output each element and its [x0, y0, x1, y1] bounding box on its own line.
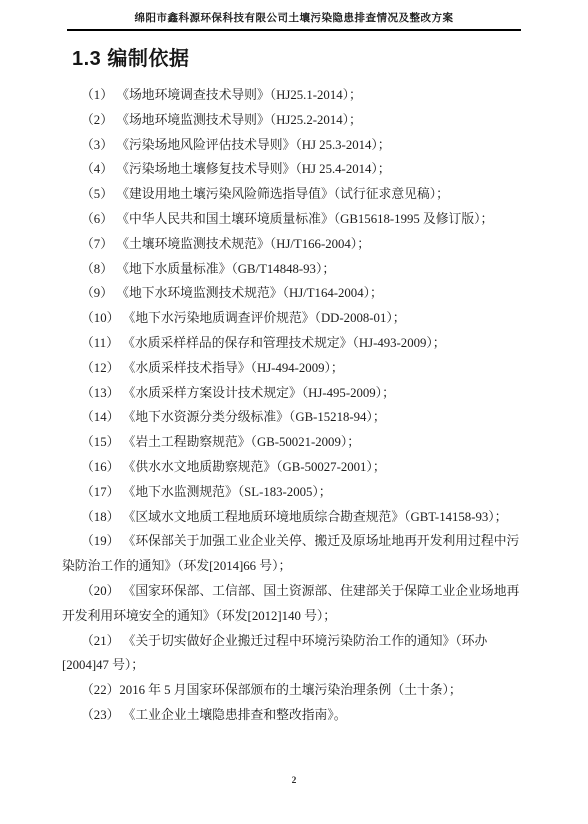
- reference-item-8: （8） 《地下水质量标准》（GB/T14848-93）；: [62, 257, 528, 282]
- header-title: 绵阳市鑫科源环保科技有限公司土壤污染隐患排查情况及整改方案: [67, 12, 521, 25]
- reference-list: （1） 《场地环境调查技术导则》（HJ25.1-2014）； （2） 《场地环境…: [62, 83, 528, 728]
- reference-item-18: （18） 《区域水文地质工程地质环境地质综合勘查规范》（GBT-14158-93…: [62, 505, 528, 530]
- reference-item-15: （15） 《岩土工程勘察规范》（GB-50021-2009）；: [62, 430, 528, 455]
- reference-item-9: （9） 《地下水环境监测技术规范》（HJ/T164-2004）；: [62, 281, 528, 306]
- reference-item-13: （13） 《水质采样方案设计技术规定》（HJ-495-2009）；: [62, 381, 528, 406]
- reference-item-3: （3） 《污染场地风险评估技术导则》（HJ 25.3-2014）；: [62, 133, 528, 158]
- page-number: 2: [0, 776, 588, 786]
- reference-item-7: （7） 《土壤环境监测技术规范》（HJ/T166-2004）；: [62, 232, 528, 257]
- reference-item-6: （6） 《中华人民共和国土壤环境质量标准》（GB15618-1995 及修订版）…: [62, 207, 528, 232]
- reference-item-21: （21） 《关于切实做好企业搬迁过程中环境污染防治工作的通知》（环办[2004]…: [62, 629, 528, 679]
- reference-item-23: （23） 《工业企业土壤隐患排查和整改指南》。: [62, 703, 528, 728]
- reference-item-12: （12） 《水质采样技术指导》（HJ-494-2009）；: [62, 356, 528, 381]
- reference-item-14: （14） 《地下水资源分类分级标准》（GB-15218-94）；: [62, 405, 528, 430]
- reference-item-1: （1） 《场地环境调查技术导则》（HJ25.1-2014）；: [62, 83, 528, 108]
- reference-item-16: （16） 《供水水文地质勘察规范》（GB-50027-2001）；: [62, 455, 528, 480]
- reference-item-2: （2） 《场地环境监测技术导则》（HJ25.2-2014）；: [62, 108, 528, 133]
- reference-item-10: （10） 《地下水污染地质调查评价规范》（DD-2008-01）；: [62, 306, 528, 331]
- reference-item-17: （17） 《地下水监测规范》（SL-183-2005）；: [62, 480, 528, 505]
- page-header: 绵阳市鑫科源环保科技有限公司土壤污染隐患排查情况及整改方案: [67, 0, 521, 31]
- reference-item-19: （19） 《环保部关于加强工业企业关停、搬迁及原场址地再开发利用过程中污染防治工…: [62, 529, 528, 579]
- reference-item-11: （11） 《水质采样样品的保存和管理技术规定》（HJ-493-2009）；: [62, 331, 528, 356]
- reference-item-20: （20） 《国家环保部、工信部、国土资源部、住建部关于保障工业企业场地再开发利用…: [62, 579, 528, 629]
- reference-item-5: （5） 《建设用地土壤污染风险筛选指导值》（试行征求意见稿）；: [62, 182, 528, 207]
- reference-item-4: （4） 《污染场地土壤修复技术导则》（HJ 25.4-2014）；: [62, 157, 528, 182]
- section-title: 1.3 编制依据: [72, 42, 189, 71]
- document-page: 绵阳市鑫科源环保科技有限公司土壤污染隐患排查情况及整改方案 1.3 编制依据 （…: [0, 0, 588, 824]
- reference-item-22: （22）2016 年 5 月国家环保部颁布的土壤污染治理条例（土十条）；: [62, 678, 528, 703]
